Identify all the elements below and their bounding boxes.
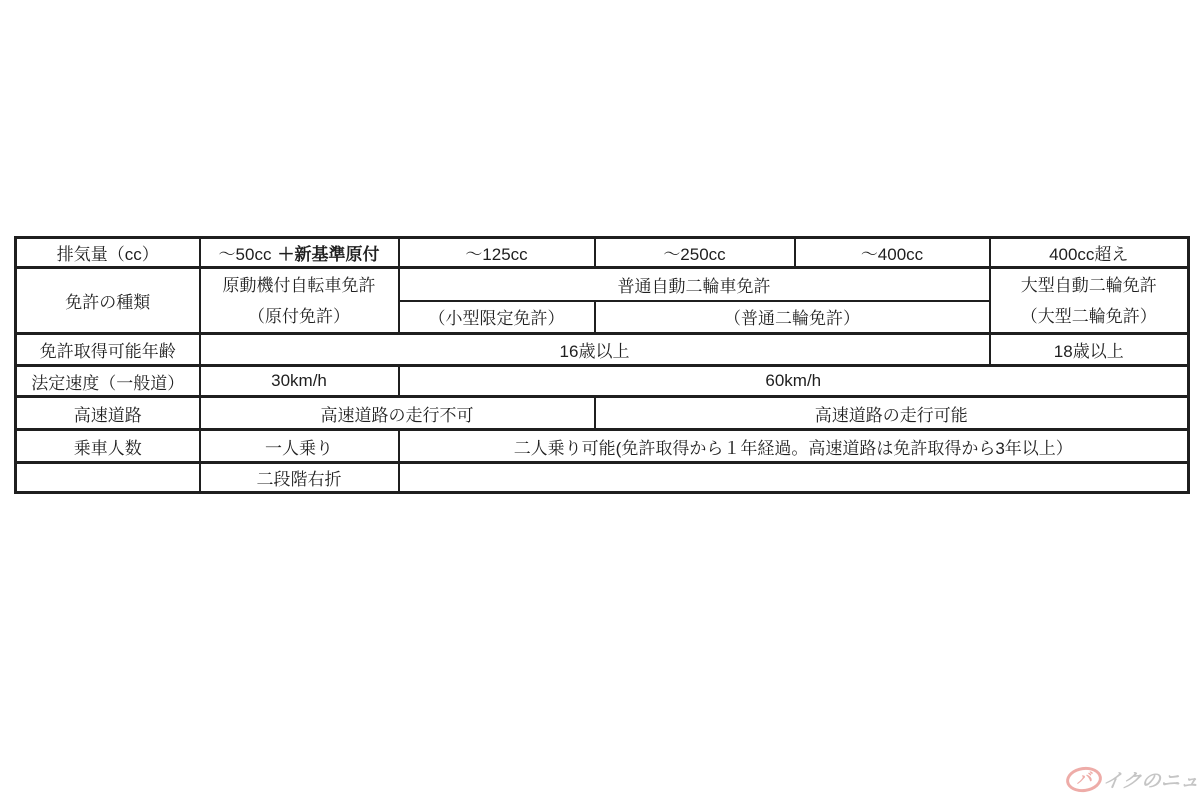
cell-displacement-over-400cc: 400cc超え [990, 238, 1189, 268]
cell-highway-allowed: 高速道路の走行可能 [595, 397, 1189, 430]
watermark-badge-char: バ [1075, 770, 1093, 789]
row-two-step-turn: 二段階右折 [16, 463, 1189, 493]
displacement-50cc-normal: ～50cc [219, 245, 272, 264]
row-minimum-age: 免許取得可能年齢 16歳以上 18歳以上 [16, 334, 1189, 366]
cell-small-limited-license: （小型限定免許） [399, 301, 595, 334]
row-header-passengers: 乗車人数 [16, 430, 200, 463]
row-displacement: 排気量（cc） ～50cc＋新基準原付 ～125cc ～250cc ～400cc… [16, 238, 1189, 268]
cell-standard-limited-license: （普通二輪免許） [595, 301, 990, 334]
row-legal-speed: 法定速度（一般道） 30km/h 60km/h [16, 366, 1189, 397]
cell-displacement-250cc: ～250cc [595, 238, 795, 268]
row-header-empty [16, 463, 200, 493]
cell-displacement-50cc: ～50cc＋新基準原付 [200, 238, 399, 268]
row-header-minimum-age: 免許取得可能年齢 [16, 334, 200, 366]
bike-news-watermark: バ イクのニュース [1066, 766, 1200, 793]
large-license-paren: （大型二輪免許） [993, 301, 1186, 332]
cell-large-motorcycle-license: 大型自動二輪免許 （大型二輪免許） [990, 268, 1189, 334]
cell-single-rider: 一人乗り [200, 430, 399, 463]
row-passengers: 乗車人数 一人乗り 二人乗り可能(免許取得から１年経過。高速道路は免許取得から3… [16, 430, 1189, 463]
row-header-legal-speed: 法定速度（一般道） [16, 366, 200, 397]
cell-speed-30kmh: 30km/h [200, 366, 399, 397]
cell-standard-motorcycle-license: 普通自動二輪車免許 [399, 268, 990, 301]
cell-tandem-allowed: 二人乗り可能(免許取得から１年経過。高速道路は免許取得から3年以上） [399, 430, 1189, 463]
cell-highway-not-allowed: 高速道路の走行不可 [200, 397, 595, 430]
large-license-name: 大型自動二輪免許 [993, 270, 1186, 301]
watermark-logo-text: イクのニュース [1101, 766, 1200, 793]
row-license-type-upper: 免許の種類 原動機付自転車免許 （原付免許） 普通自動二輪車免許 大型自動二輪免… [16, 268, 1189, 301]
cell-displacement-400cc: ～400cc [795, 238, 990, 268]
cell-two-step-right-turn: 二段階右折 [200, 463, 399, 493]
watermark-ellipse-badge-icon: バ [1064, 765, 1103, 795]
cell-age-16-and-over: 16歳以上 [200, 334, 990, 366]
motorcycle-license-table: 排気量（cc） ～50cc＋新基準原付 ～125cc ～250cc ～400cc… [14, 236, 1190, 494]
displacement-new-standard-moped-bold: ＋新基準原付 [277, 245, 379, 264]
row-header-license-type: 免許の種類 [16, 268, 200, 334]
figure-canvas: { "colors": { "background": "#ffffff", "… [0, 0, 1200, 800]
row-highway: 高速道路 高速道路の走行不可 高速道路の走行可能 [16, 397, 1189, 430]
cell-age-18-and-over: 18歳以上 [990, 334, 1189, 366]
moped-license-name: 原動機付自転車免許 [203, 270, 396, 301]
row-header-highway: 高速道路 [16, 397, 200, 430]
row-header-displacement: 排気量（cc） [16, 238, 200, 268]
moped-license-paren: （原付免許） [203, 301, 396, 332]
cell-displacement-125cc: ～125cc [399, 238, 595, 268]
cell-two-step-empty [399, 463, 1189, 493]
license-table-container: 排気量（cc） ～50cc＋新基準原付 ～125cc ～250cc ～400cc… [14, 236, 1190, 494]
cell-moped-license: 原動機付自転車免許 （原付免許） [200, 268, 399, 334]
cell-speed-60kmh: 60km/h [399, 366, 1189, 397]
